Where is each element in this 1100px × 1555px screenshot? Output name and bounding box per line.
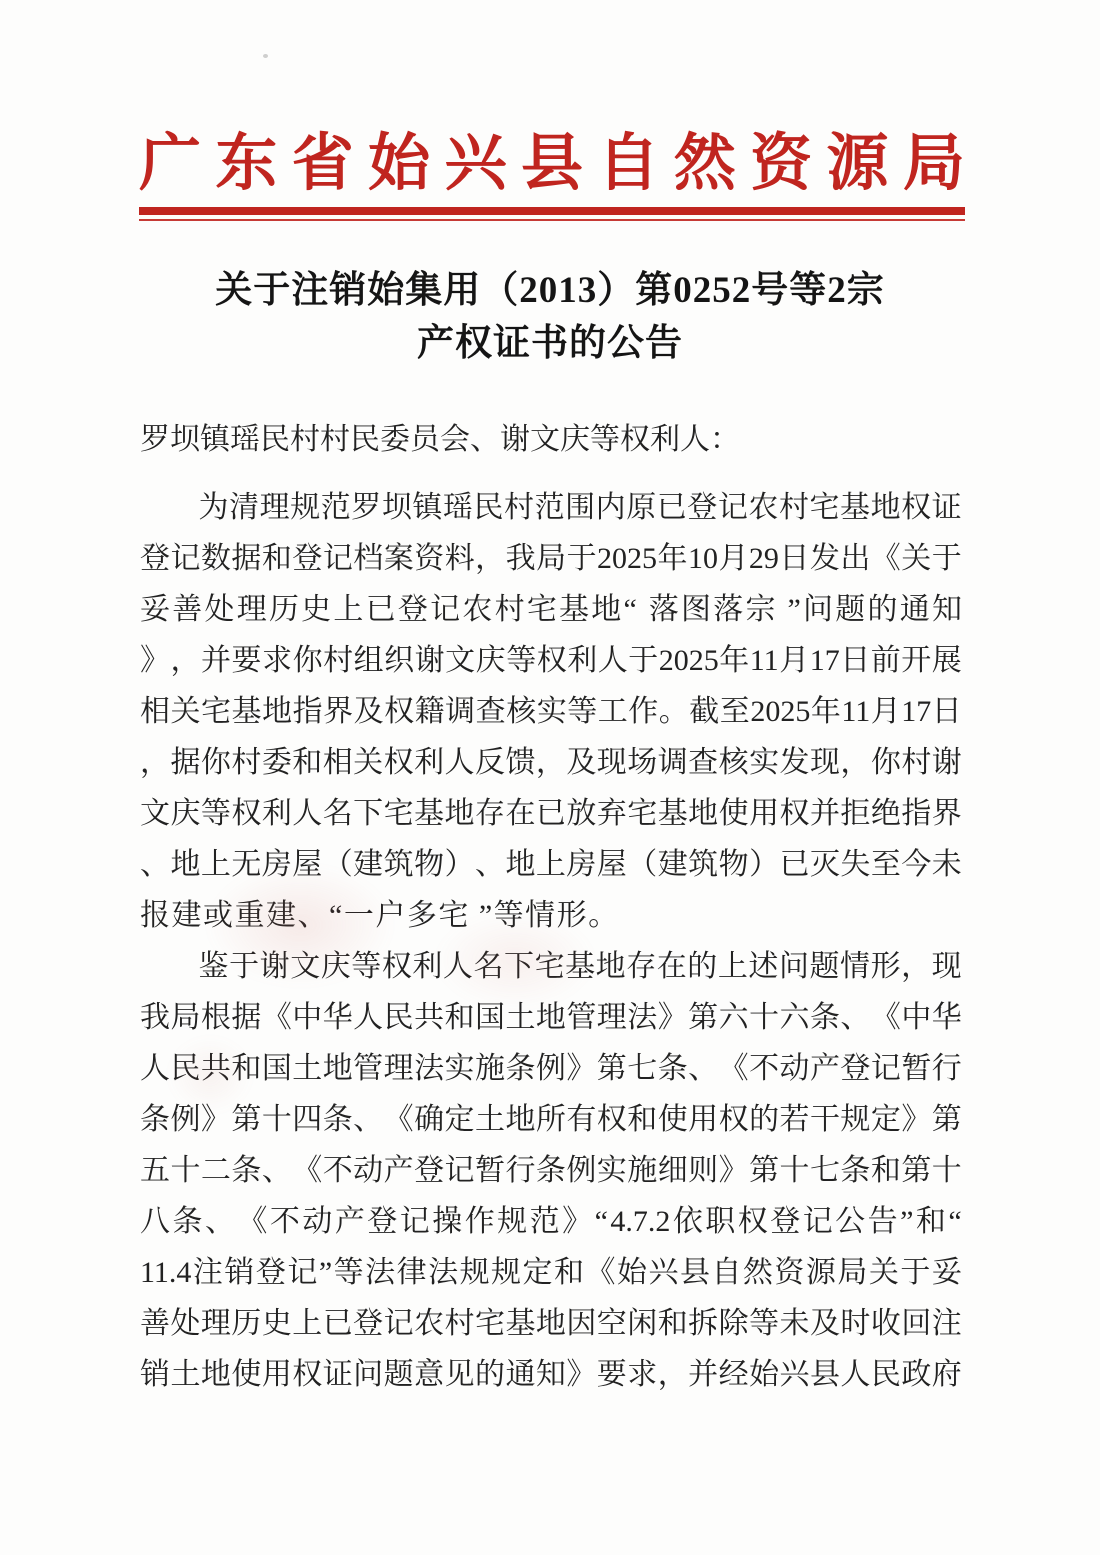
notice-title-line1: 关于注销始集用（2013）第0252号等2宗 — [0, 264, 1100, 317]
body-line: 善处理历史上已登记农村宅基地因空闲和拆除等未及时收回注 — [140, 1298, 962, 1349]
body-line: 为清理规范罗坝镇瑶民村范围内原已登记农村宅基地权证 — [140, 482, 962, 533]
body-line: 条例》第十四条、《确定土地所有权和使用权的若干规定》第 — [140, 1094, 962, 1145]
body-line: 11.4注销登记”等法律法规规定和《始兴县自然资源局关于妥 — [140, 1247, 962, 1298]
body-line: ，据你村委和相关权利人反馈，及现场调查核实发现，你村谢 — [140, 737, 962, 788]
body-line: 我局根据《中华人民共和国土地管理法》第六十六条、《中华 — [140, 992, 962, 1043]
body-line: 五十二条、《不动产登记暂行条例实施细则》第十七条和第十 — [140, 1145, 962, 1196]
body-text: 为清理规范罗坝镇瑶民村范围内原已登记农村宅基地权证登记数据和登记档案资料，我局于… — [140, 482, 962, 1400]
body-line: 相关宅基地指界及权籍调查核实等工作。截至2025年11月17日 — [140, 686, 962, 737]
body-line: 妥善处理历史上已登记农村宅基地“ 落图落宗 ”问题的通知 — [140, 584, 962, 635]
body-line: 文庆等权利人名下宅基地存在已放弃宅基地使用权并拒绝指界 — [140, 788, 962, 839]
letterhead-rule-thick — [139, 207, 965, 215]
salutation: 罗坝镇瑶民村村民委员会、谢文庆等权利人： — [140, 415, 962, 465]
notice-body: 罗坝镇瑶民村村民委员会、谢文庆等权利人： 为清理规范罗坝镇瑶民村范围内原已登记农… — [140, 415, 962, 1400]
body-line: 、地上无房屋（建筑物）、地上房屋（建筑物）已灭失至今未 — [140, 839, 962, 890]
document-page: 广东省始兴县自然资源局 关于注销始集用（2013）第0252号等2宗 产权证书的… — [0, 0, 1100, 1555]
letterhead-rule-thin — [139, 219, 965, 221]
agency-letterhead: 广东省始兴县自然资源局 — [139, 128, 965, 200]
body-line: 登记数据和登记档案资料，我局于2025年10月29日发出《关于 — [140, 533, 962, 584]
body-line: 销土地使用权证问题意见的通知》要求，并经始兴县人民政府 — [140, 1349, 962, 1400]
body-line: 鉴于谢文庆等权利人名下宅基地存在的上述问题情形，现 — [140, 941, 962, 992]
body-line: 人民共和国土地管理法实施条例》第七条、《不动产登记暂行 — [140, 1043, 962, 1094]
body-line: 》，并要求你村组织谢文庆等权利人于2025年11月17日前开展 — [140, 635, 962, 686]
body-line: 八条、《不动产登记操作规范》“4.7.2依职权登记公告”和“ — [140, 1196, 962, 1247]
notice-title-line2: 产权证书的公告 — [0, 317, 1100, 370]
scan-speck — [263, 54, 268, 58]
notice-title: 关于注销始集用（2013）第0252号等2宗 产权证书的公告 — [0, 264, 1100, 370]
body-line: 报建或重建、“一户多宅 ”等情形。 — [140, 890, 962, 941]
